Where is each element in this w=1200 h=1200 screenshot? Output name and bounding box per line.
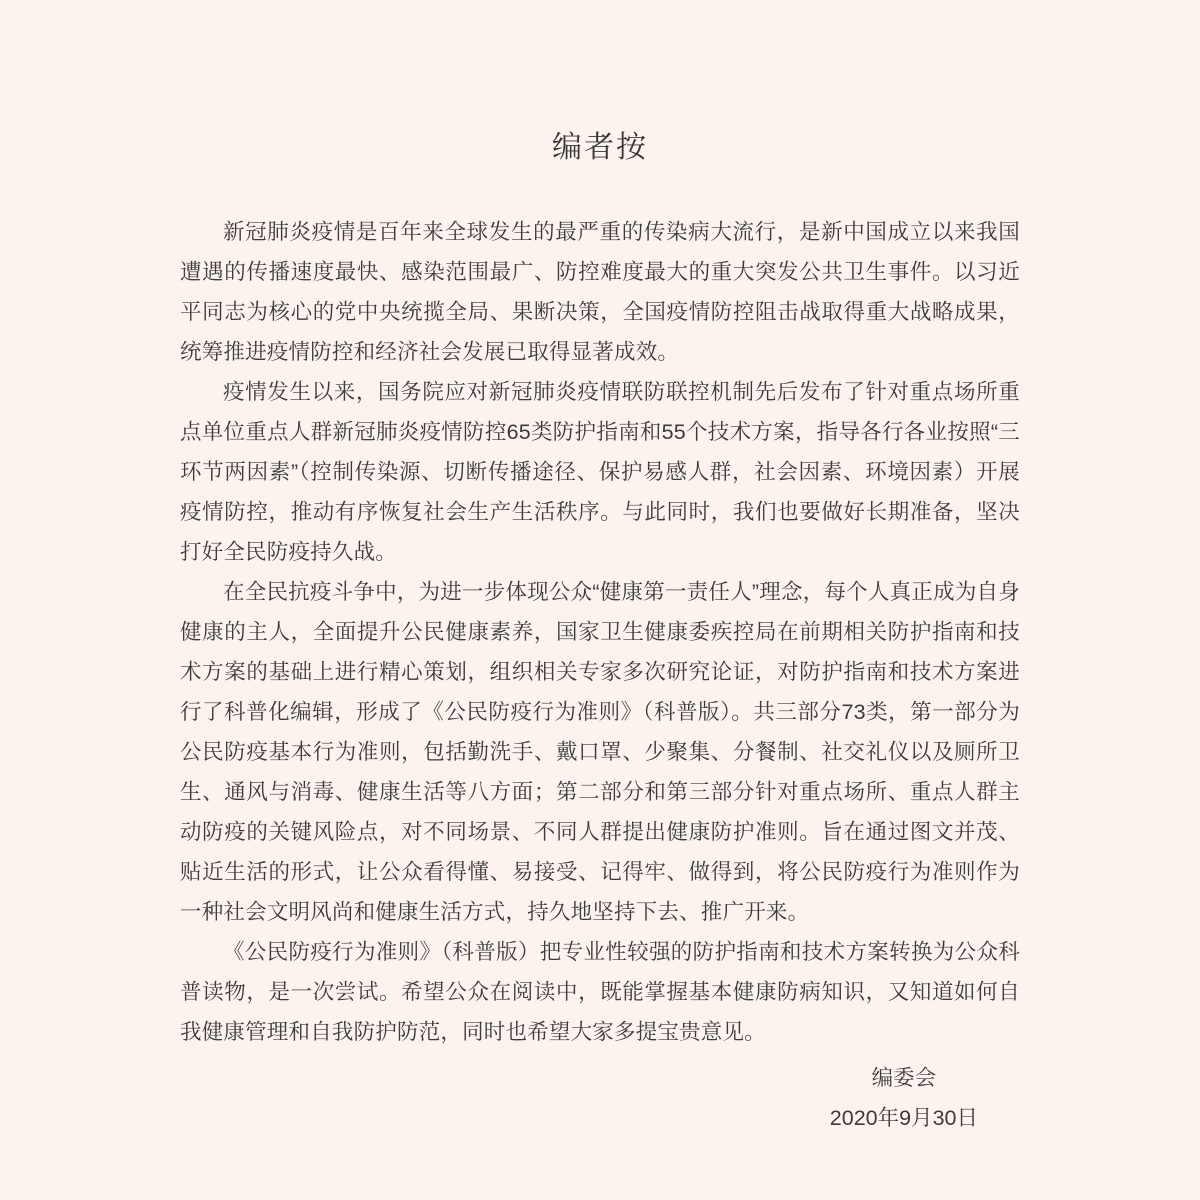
page-title: 编者按	[0, 0, 1200, 166]
paragraph-2: 疫情发生以来，国务院应对新冠肺炎疫情联防联控机制先后发布了针对重点场所重点单位重…	[180, 372, 1020, 572]
body-text: 新冠肺炎疫情是百年来全球发生的最严重的传染病大流行，是新中国成立以来我国遭遇的传…	[180, 212, 1020, 1052]
signature-author: 编委会	[830, 1058, 978, 1098]
signature-block: 编委会 2020年9月30日	[830, 1058, 978, 1138]
signature-date: 2020年9月30日	[830, 1098, 978, 1138]
paragraph-1: 新冠肺炎疫情是百年来全球发生的最严重的传染病大流行，是新中国成立以来我国遭遇的传…	[180, 212, 1020, 372]
paragraph-4: 《公民防疫行为准则》（科普版）把专业性较强的防护指南和技术方案转换为公众科普读物…	[180, 932, 1020, 1052]
paragraph-3: 在全民抗疫斗争中，为进一步体现公众“健康第一责任人”理念，每个人真正成为自身健康…	[180, 572, 1020, 932]
editors-note-page: 编者按 新冠肺炎疫情是百年来全球发生的最严重的传染病大流行，是新中国成立以来我国…	[0, 0, 1200, 1200]
